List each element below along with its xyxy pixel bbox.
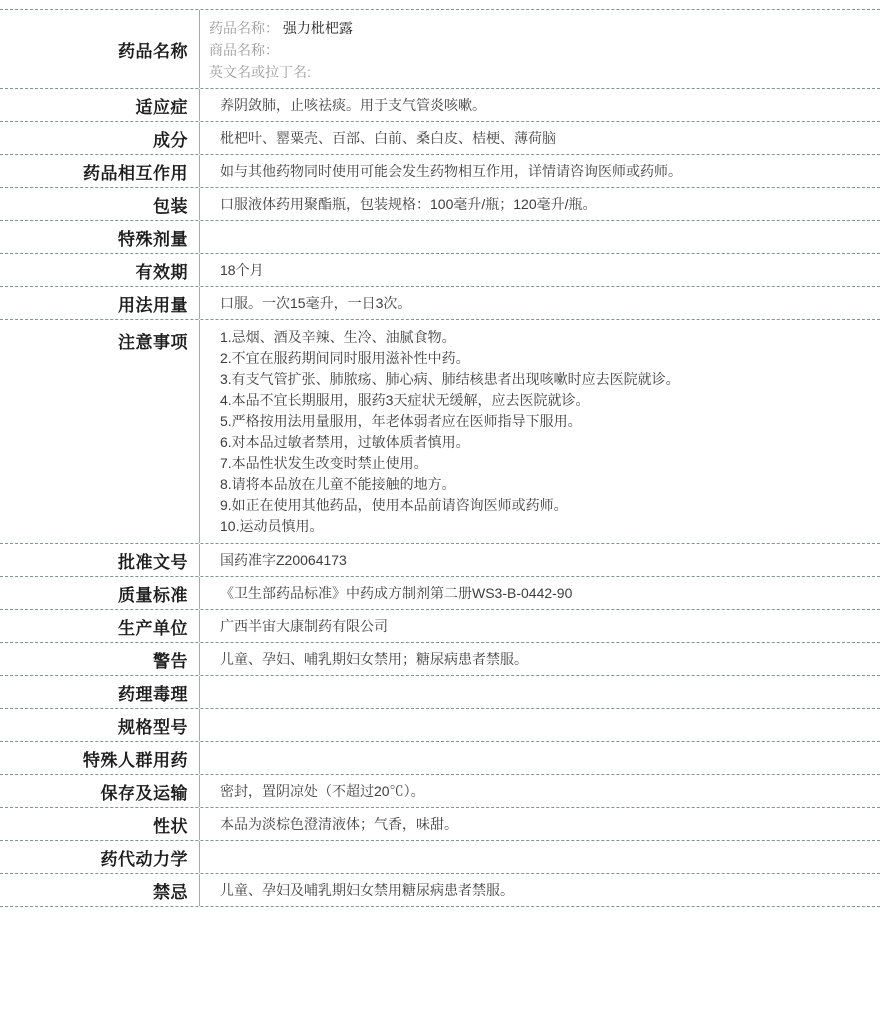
row-approval-number-value: 国药准字Z20064173 [200,544,880,576]
row-approval-number-label: 批准文号 [0,544,200,576]
row-indications: 适应症 养阴敛肺，止咳祛痰。用于支气管炎咳嗽。 [0,89,880,122]
row-pharmacology-toxicology-label: 药理毒理 [0,676,200,708]
row-quality-standard-value: 《卫生部药品标准》中药成方制剂第二册WS3-B-0442-90 [200,577,880,609]
drug-name-line: 药品名称： 强力枇杷露 [209,17,880,39]
drug-info-table: 药品名称 药品名称： 强力枇杷露 商品名称： 英文名或拉丁名: 适应症 养阴敛肺… [0,9,880,907]
row-special-dosage-label: 特殊剂量 [0,221,200,253]
row-special-population-value [200,742,880,774]
row-special-dosage: 特殊剂量 [0,221,880,254]
row-contraindications: 禁忌 儿童、孕妇及哺乳期妇女禁用糖尿病患者禁服。 [0,874,880,907]
row-description-label: 性状 [0,808,200,840]
row-dosage-usage-value: 口服。一次15毫升，一日3次。 [200,287,880,319]
row-storage-transport: 保存及运输 密封，置阴凉处（不超过20℃）。 [0,775,880,808]
row-precautions-value: 1.忌烟、酒及辛辣、生冷、油腻食物。 2.不宜在服药期间同时服用滋补性中药。 3… [200,320,880,543]
row-warning: 警告 儿童、孕妇、哺乳期妇女禁用；糖尿病患者禁服。 [0,643,880,676]
precaution-item: 6.对本品过敏者禁用，过敏体质者慎用。 [220,432,880,453]
trade-name-line: 商品名称： [209,39,880,61]
row-packaging-label: 包装 [0,188,200,220]
row-specification-model: 规格型号 [0,709,880,742]
row-shelf-life: 有效期 18个月 [0,254,880,287]
precaution-item: 4.本品不宜长期服用，服药3天症状无缓解，应去医院就诊。 [220,390,880,411]
row-drug-name: 药品名称 药品名称： 强力枇杷露 商品名称： 英文名或拉丁名: [0,10,880,89]
row-ingredients-value: 枇杷叶、罂粟壳、百部、白前、桑白皮、桔梗、薄荷脑 [200,122,880,154]
row-pharmacokinetics: 药代动力学 [0,841,880,874]
row-ingredients-label: 成分 [0,122,200,154]
row-special-population-label: 特殊人群用药 [0,742,200,774]
row-indications-value: 养阴敛肺，止咳祛痰。用于支气管炎咳嗽。 [200,89,880,121]
row-manufacturer-label: 生产单位 [0,610,200,642]
row-drug-name-value: 药品名称： 强力枇杷露 商品名称： 英文名或拉丁名: [200,10,880,88]
trade-name-prefix: 商品名称： [209,42,279,58]
precaution-item: 8.请将本品放在儿童不能接触的地方。 [220,474,880,495]
row-storage-transport-label: 保存及运输 [0,775,200,807]
row-shelf-life-label: 有效期 [0,254,200,286]
precaution-item: 3.有支气管扩张、肺脓疡、肺心病、肺结核患者出现咳嗽时应去医院就诊。 [220,369,880,390]
row-specification-model-label: 规格型号 [0,709,200,741]
row-packaging-value: 口服液体药用聚酯瓶，包装规格：100毫升/瓶；120毫升/瓶。 [200,188,880,220]
row-dosage-usage: 用法用量 口服。一次15毫升，一日3次。 [0,287,880,320]
row-warning-value: 儿童、孕妇、哺乳期妇女禁用；糖尿病患者禁服。 [200,643,880,675]
row-drug-interactions-value: 如与其他药物同时使用可能会发生药物相互作用，详情请咨询医师或药师。 [200,155,880,187]
row-pharmacology-toxicology: 药理毒理 [0,676,880,709]
row-manufacturer: 生产单位 广西半宙大康制药有限公司 [0,610,880,643]
precaution-item: 9.如正在使用其他药品，使用本品前请咨询医师或药师。 [220,495,880,516]
row-pharmacology-toxicology-value [200,676,880,708]
row-warning-label: 警告 [0,643,200,675]
row-special-population: 特殊人群用药 [0,742,880,775]
row-description-value: 本品为淡棕色澄清液体；气香，味甜。 [200,808,880,840]
row-drug-interactions-label: 药品相互作用 [0,155,200,187]
row-pharmacokinetics-value [200,841,880,873]
row-packaging: 包装 口服液体药用聚酯瓶，包装规格：100毫升/瓶；120毫升/瓶。 [0,188,880,221]
row-approval-number: 批准文号 国药准字Z20064173 [0,544,880,577]
row-precautions-label: 注意事项 [0,320,200,543]
latin-name-prefix: 英文名或拉丁名: [209,64,311,80]
row-storage-transport-value: 密封，置阴凉处（不超过20℃）。 [200,775,880,807]
row-special-dosage-value [200,221,880,253]
row-contraindications-value: 儿童、孕妇及哺乳期妇女禁用糖尿病患者禁服。 [200,874,880,906]
row-ingredients: 成分 枇杷叶、罂粟壳、百部、白前、桑白皮、桔梗、薄荷脑 [0,122,880,155]
row-drug-name-label: 药品名称 [0,10,200,88]
latin-name-line: 英文名或拉丁名: [209,61,880,83]
precaution-item: 10.运动员慎用。 [220,516,880,537]
row-contraindications-label: 禁忌 [0,874,200,906]
precaution-item: 2.不宜在服药期间同时服用滋补性中药。 [220,348,880,369]
row-description: 性状 本品为淡棕色澄清液体；气香，味甜。 [0,808,880,841]
drug-name-prefix: 药品名称： [209,20,279,36]
row-specification-model-value [200,709,880,741]
row-precautions: 注意事项 1.忌烟、酒及辛辣、生冷、油腻食物。 2.不宜在服药期间同时服用滋补性… [0,320,880,544]
row-drug-interactions: 药品相互作用 如与其他药物同时使用可能会发生药物相互作用，详情请咨询医师或药师。 [0,155,880,188]
row-dosage-usage-label: 用法用量 [0,287,200,319]
drug-name-text: 强力枇杷露 [283,20,353,36]
row-indications-label: 适应症 [0,89,200,121]
row-quality-standard: 质量标准 《卫生部药品标准》中药成方制剂第二册WS3-B-0442-90 [0,577,880,610]
row-quality-standard-label: 质量标准 [0,577,200,609]
precaution-item: 1.忌烟、酒及辛辣、生冷、油腻食物。 [220,327,880,348]
row-pharmacokinetics-label: 药代动力学 [0,841,200,873]
precaution-item: 7.本品性状发生改变时禁止使用。 [220,453,880,474]
row-shelf-life-value: 18个月 [200,254,880,286]
row-manufacturer-value: 广西半宙大康制药有限公司 [200,610,880,642]
precaution-item: 5.严格按用法用量服用，年老体弱者应在医师指导下服用。 [220,411,880,432]
